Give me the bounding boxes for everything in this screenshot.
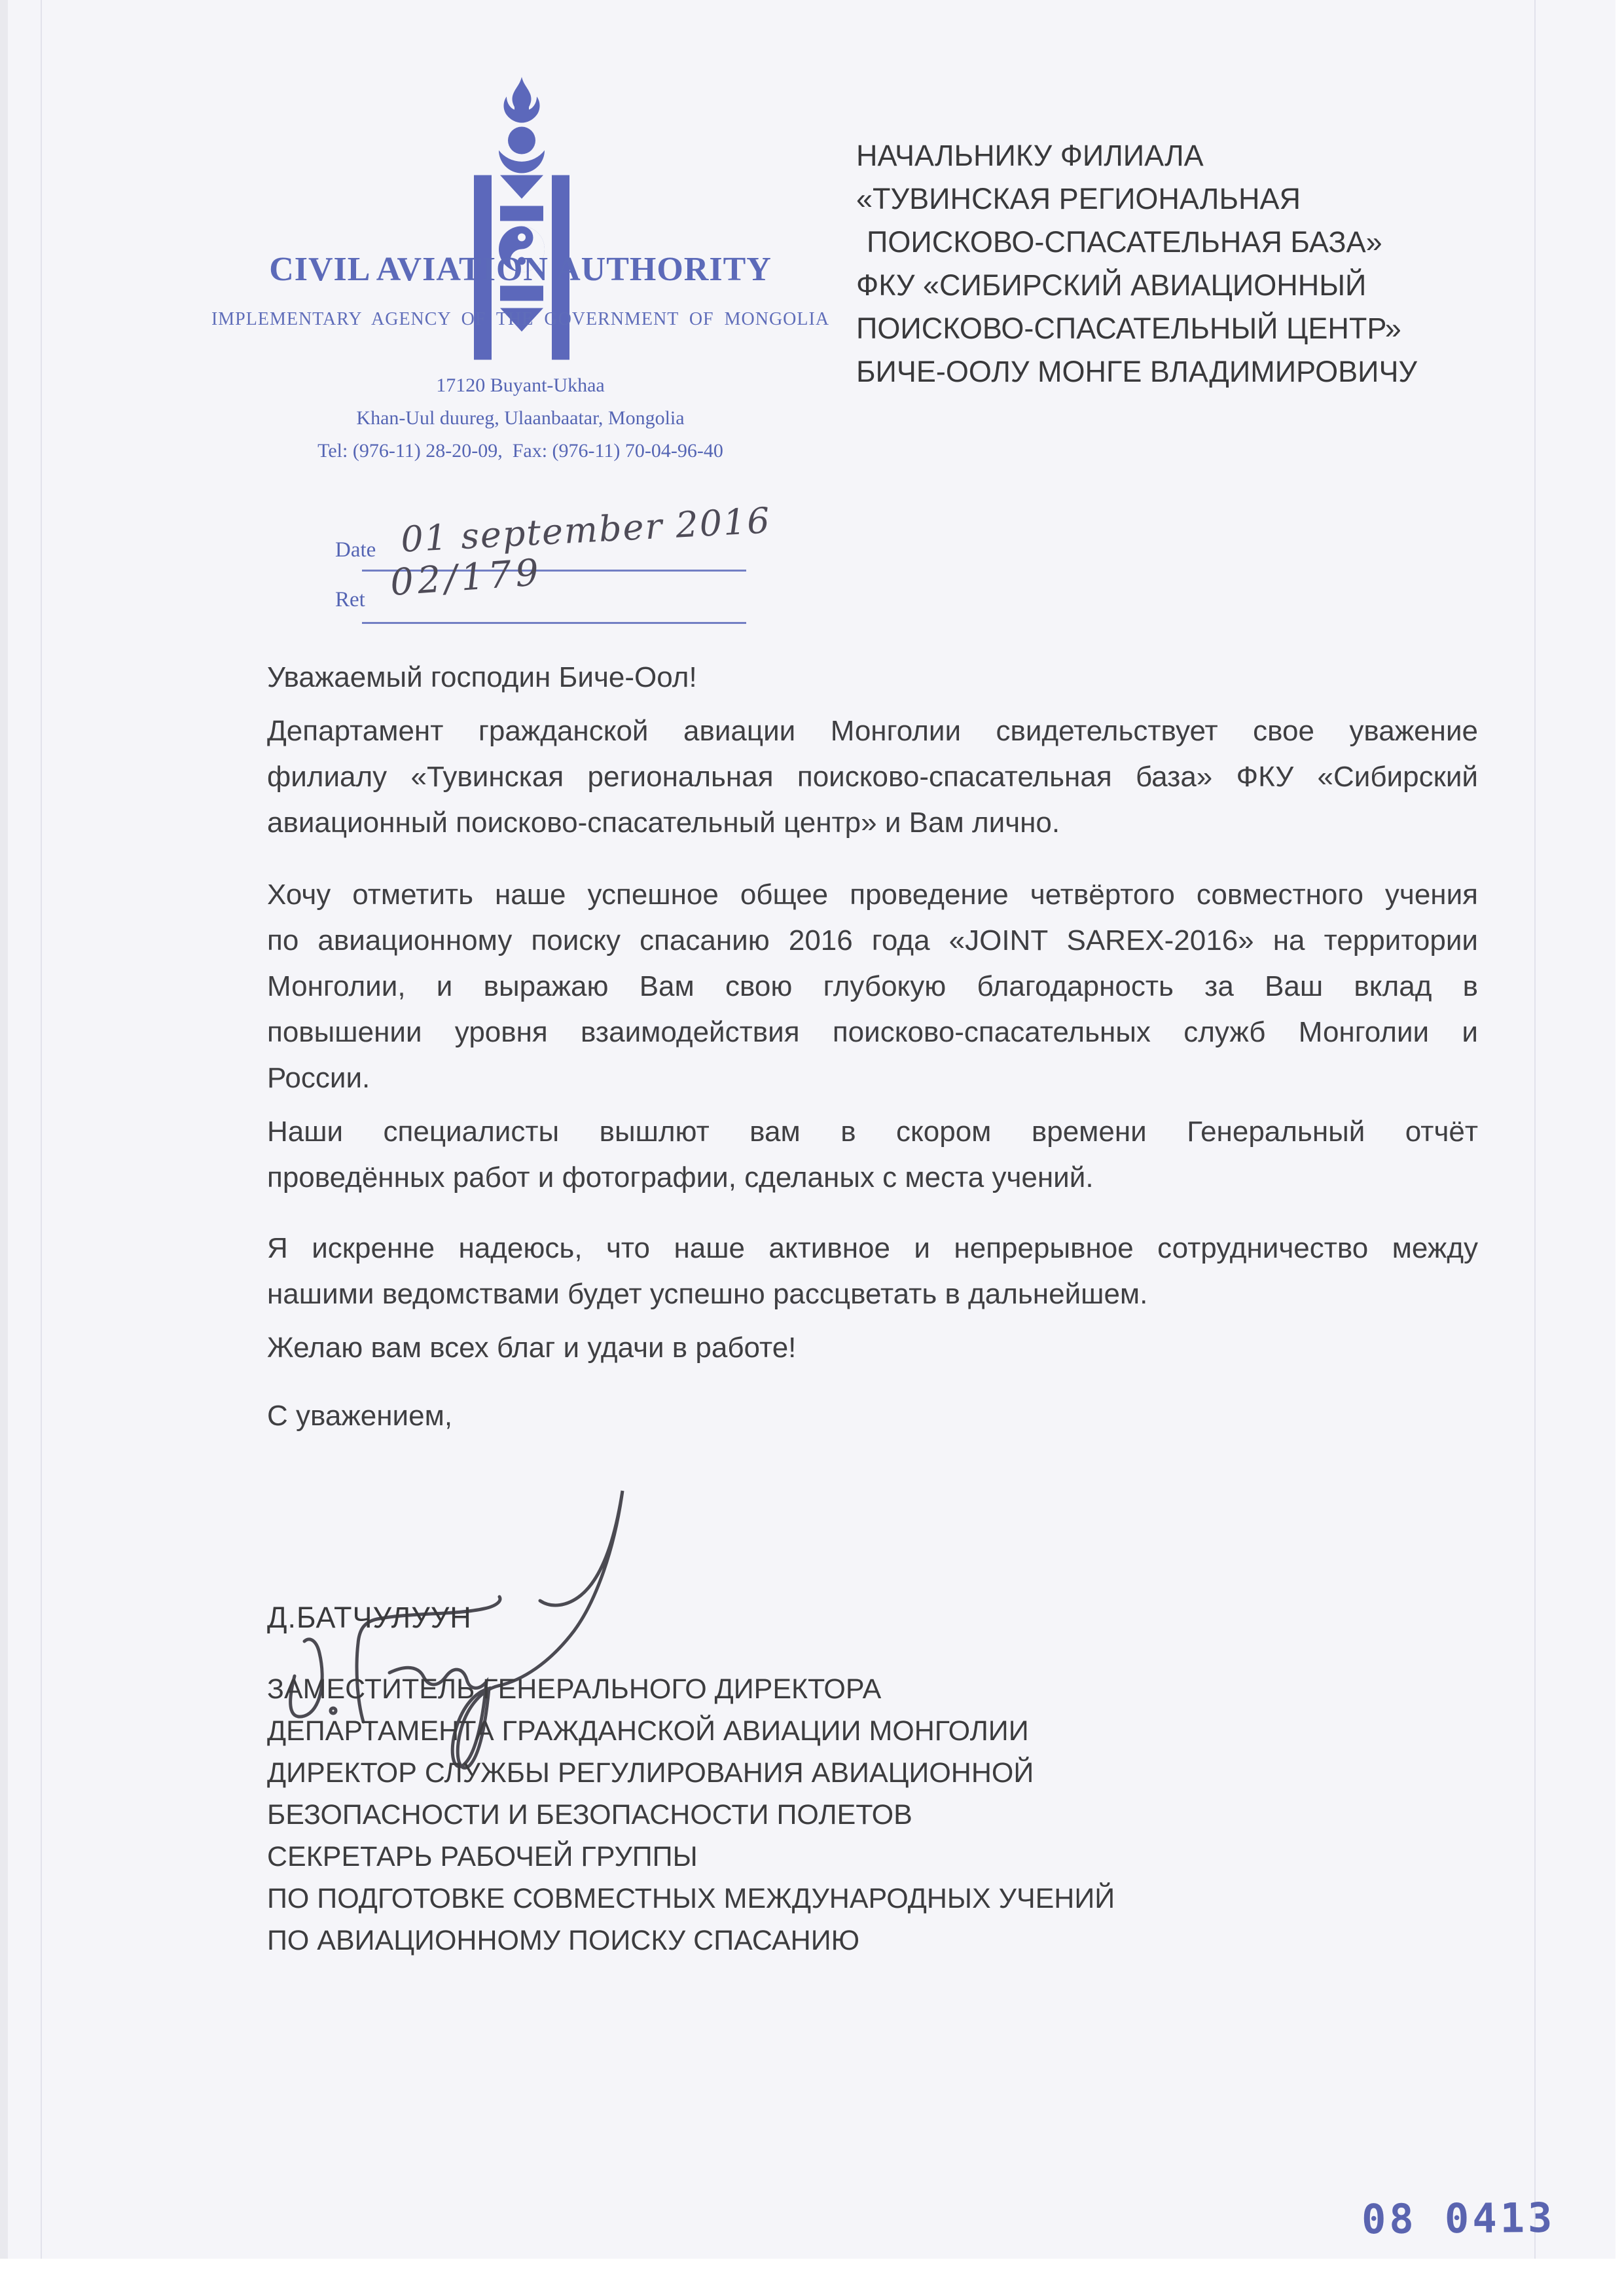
registration-stamp-number: 08 0413 xyxy=(1362,2194,1556,2244)
signatory-title-line: ПО ПОДГОТОВКЕ СОВМЕСТНЫХ МЕЖДУНАРОДНЫХ У… xyxy=(267,1878,1511,1920)
valediction: С уважением, xyxy=(267,1393,1478,1439)
recipient-line: ФКУ «СИБИРСКИЙ АВИАЦИОННЫЙ xyxy=(856,264,1498,307)
paragraph-2: Хочу отметить наше успешное общее провед… xyxy=(267,872,1478,1101)
paragraph-3: Наши специалисты вышлют вам в скором вре… xyxy=(267,1109,1478,1201)
ref-label: Ret xyxy=(335,588,365,612)
body-line: России. xyxy=(267,1055,1478,1101)
body-line: Хочу отметить наше успешное общее провед… xyxy=(267,872,1478,918)
body-line: по авиационному поиску спасанию 2016 год… xyxy=(267,918,1478,964)
scanned-letter-page: CIVIL AVIATION AUTHORITY IMPLEMENTARY AG… xyxy=(0,0,1624,2296)
paragraph-1: Департамент гражданской авиации Монголии… xyxy=(267,708,1478,846)
signatory-title-line: СЕКРЕТАРЬ РАБОЧЕЙ ГРУППЫ xyxy=(267,1836,1511,1878)
signatory-title-line: БЕЗОПАСНОСТИ И БЕЗОПАСНОСТИ ПОЛЕТОВ xyxy=(267,1794,1511,1836)
date-label: Date xyxy=(335,538,376,562)
recipient-line: БИЧЕ-ООЛУ МОНГЕ ВЛАДИМИРОВИЧУ xyxy=(856,350,1498,393)
recipient-block: НАЧАЛЬНИКУ ФИЛИАЛА «ТУВИНСКАЯ РЕГИОНАЛЬН… xyxy=(856,134,1498,393)
body-line: Желаю вам всех благ и удачи в работе! xyxy=(267,1325,1478,1371)
org-phone-fax: Tel: (976-11) 28-20-09, Fax: (976-11) 70… xyxy=(216,440,825,462)
signatory-name: Д.БАТЧУЛУУН xyxy=(267,1601,472,1635)
ref-underline xyxy=(362,622,746,624)
recipient-line: ПОИСКОВО-СПАСАТЕЛЬНЫЙ ЦЕНТР» xyxy=(856,307,1498,350)
signatory-title-line: ПО АВИАЦИОННОМУ ПОИСКУ СПАСАНИЮ xyxy=(267,1920,1511,1961)
signatory-title-block: ЗАМЕСТИТЕЛЬ ГЕНЕРАЛЬНОГО ДИРЕКТОРА ДЕПАР… xyxy=(267,1668,1511,1961)
salutation: Уважаемый господин Биче-Оол! xyxy=(267,655,1478,701)
paragraph-4: Я искренне надеюсь, что наше активное и … xyxy=(267,1226,1478,1317)
recipient-line: «ТУВИНСКАЯ РЕГИОНАЛЬНАЯ xyxy=(856,177,1498,221)
scan-edge-left xyxy=(0,0,8,2259)
body-line: Департамент гражданской авиации Монголии… xyxy=(267,708,1478,754)
org-name: CIVIL AVIATION AUTHORITY xyxy=(196,250,844,289)
body-line: авиационный поисково-спасательный центр»… xyxy=(267,800,1478,846)
body-line: филиалу «Тувинская региональная поисково… xyxy=(267,754,1478,800)
signatory-title-line: ДЕПАРТАМЕНТА ГРАЖДАНСКОЙ АВИАЦИИ МОНГОЛИ… xyxy=(267,1710,1511,1752)
body-line: Монголии, и выражаю Вам свою глубокую бл… xyxy=(267,964,1478,1010)
body-line: Я искренне надеюсь, что наше активное и … xyxy=(267,1226,1478,1271)
signatory-title-line: ЗАМЕСТИТЕЛЬ ГЕНЕРАЛЬНОГО ДИРЕКТОРА xyxy=(267,1668,1511,1710)
org-address-line2: Khan-Uul duureg, Ulaanbaatar, Mongolia xyxy=(216,407,825,429)
body-line: проведённых работ и фотографии, сделаных… xyxy=(267,1155,1478,1201)
paper-fold-line-right xyxy=(1534,0,1536,2259)
org-subtitle: IMPLEMENTARY AGENCY OF THE GOVERNMENT OF… xyxy=(183,309,857,330)
signatory-title-line: ДИРЕКТОР СЛУЖБЫ РЕГУЛИРОВАНИЯ АВИАЦИОННО… xyxy=(267,1752,1511,1794)
body-line: повышении уровня взаимодействия поисково… xyxy=(267,1010,1478,1055)
body-line: Наши специалисты вышлют вам в скором вре… xyxy=(267,1109,1478,1155)
recipient-line: НАЧАЛЬНИКУ ФИЛИАЛА xyxy=(856,134,1498,177)
paragraph-5: Желаю вам всех благ и удачи в работе! xyxy=(267,1325,1478,1371)
paper-fold-line-left xyxy=(41,0,42,2259)
org-address-line1: 17120 Buyant-Ukhaa xyxy=(216,374,825,397)
recipient-line: ПОИСКОВО-СПАСАТЕЛЬНАЯ БАЗА» xyxy=(856,221,1498,264)
body-line: нашими ведомствами будет успешно рассцве… xyxy=(267,1271,1478,1317)
